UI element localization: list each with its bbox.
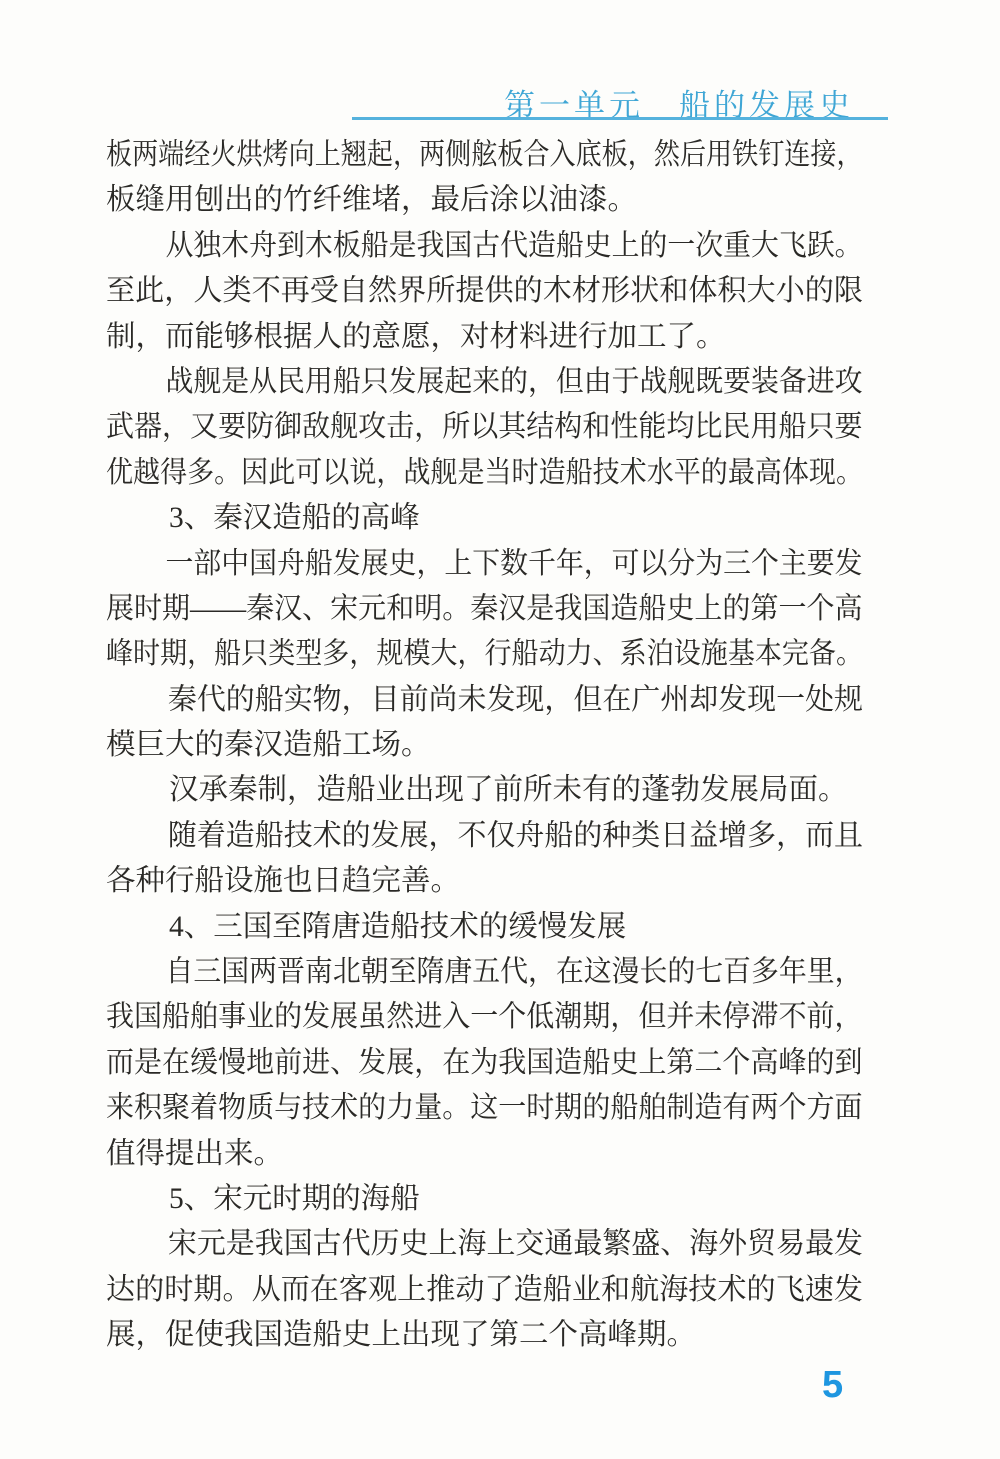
text-line: 展时期——秦汉、宋元和明。秦汉是我国造船史上的第一个高 <box>106 587 825 632</box>
text-line: 从独木舟到木板船是我国古代造船史上的一次重大飞跃。 <box>106 224 821 269</box>
text-line: 汉承秦制，造船业出现了前所未有的蓬勃发展局面。 <box>106 768 863 813</box>
text-line: 值得提出来。 <box>106 1132 863 1177</box>
text-line: 宋元是我国古代历史上海上交通最繁盛、海外贸易最发 <box>106 1222 849 1267</box>
text-line: 优越得多。因此可以说，战舰是当时造船技术水平的最高体现。 <box>106 451 800 496</box>
text-line: 而是在缓慢地前进、发展，在为我国造船史上第二个高峰的到 <box>106 1041 825 1086</box>
page-number: 5 <box>822 1364 843 1407</box>
text-line: 秦代的船实物，目前尚未发现，但在广州却发现一处规 <box>106 678 849 723</box>
text-line: 峰时期，船只类型多，规模大，行船动力、系泊设施基本完备。 <box>106 632 800 677</box>
text-line: 板两端经火烘烤向上翘起，两侧舷板合入底板，然后用铁钉连接， <box>106 133 775 178</box>
text-line: 一部中国舟船发展史，上下数千年，可以分为三个主要发 <box>106 542 821 587</box>
text-line: 模巨大的秦汉造船工场。 <box>106 723 863 768</box>
text-line: 战舰是从民用船只发展起来的，但由于战舰既要装备进攻 <box>106 360 821 405</box>
text-line: 3、秦汉造船的高峰 <box>106 496 863 541</box>
text-line: 各种行船设施也日趋完善。 <box>106 859 863 904</box>
text-line: 达的时期。从而在客观上推动了造船业和航海技术的飞速发 <box>106 1268 853 1313</box>
body-text: 板两端经火烘烤向上翘起，两侧舷板合入底板，然后用铁钉连接，板缝用刨出的竹纤维堵，… <box>106 133 863 1359</box>
text-line: 4、三国至隋唐造船技术的缓慢发展 <box>106 905 863 950</box>
book-page: 第一单元 船的发展史 板两端经火烘烤向上翘起，两侧舷板合入底板，然后用铁钉连接，… <box>0 0 1000 1459</box>
text-line: 5、宋元时期的海船 <box>106 1177 863 1222</box>
text-line: 制，而能够根据人的意愿，对材料进行加工了。 <box>106 315 863 360</box>
text-line: 自三国两晋南北朝至隋唐五代，在这漫长的七百多年里， <box>106 950 821 995</box>
header-rule <box>352 117 888 120</box>
text-line: 我国船舶事业的发展虽然进入一个低潮期，但并未停滞不前， <box>106 995 825 1040</box>
text-line: 武器，又要防御敌舰攻击，所以其结构和性能均比民用船只要 <box>106 405 825 450</box>
text-line: 板缝用刨出的竹纤维堵，最后涂以油漆。 <box>106 178 863 223</box>
text-line: 来积聚着物质与技术的力量。这一时期的船舶制造有两个方面 <box>106 1086 825 1131</box>
text-line: 至此，人类不再受自然界所提供的木材形状和体积大小的限 <box>106 269 853 314</box>
text-line: 随着造船技术的发展，不仅舟船的种类日益增多，而且 <box>106 814 849 859</box>
text-line: 展，促使我国造船史上出现了第二个高峰期。 <box>106 1313 863 1358</box>
